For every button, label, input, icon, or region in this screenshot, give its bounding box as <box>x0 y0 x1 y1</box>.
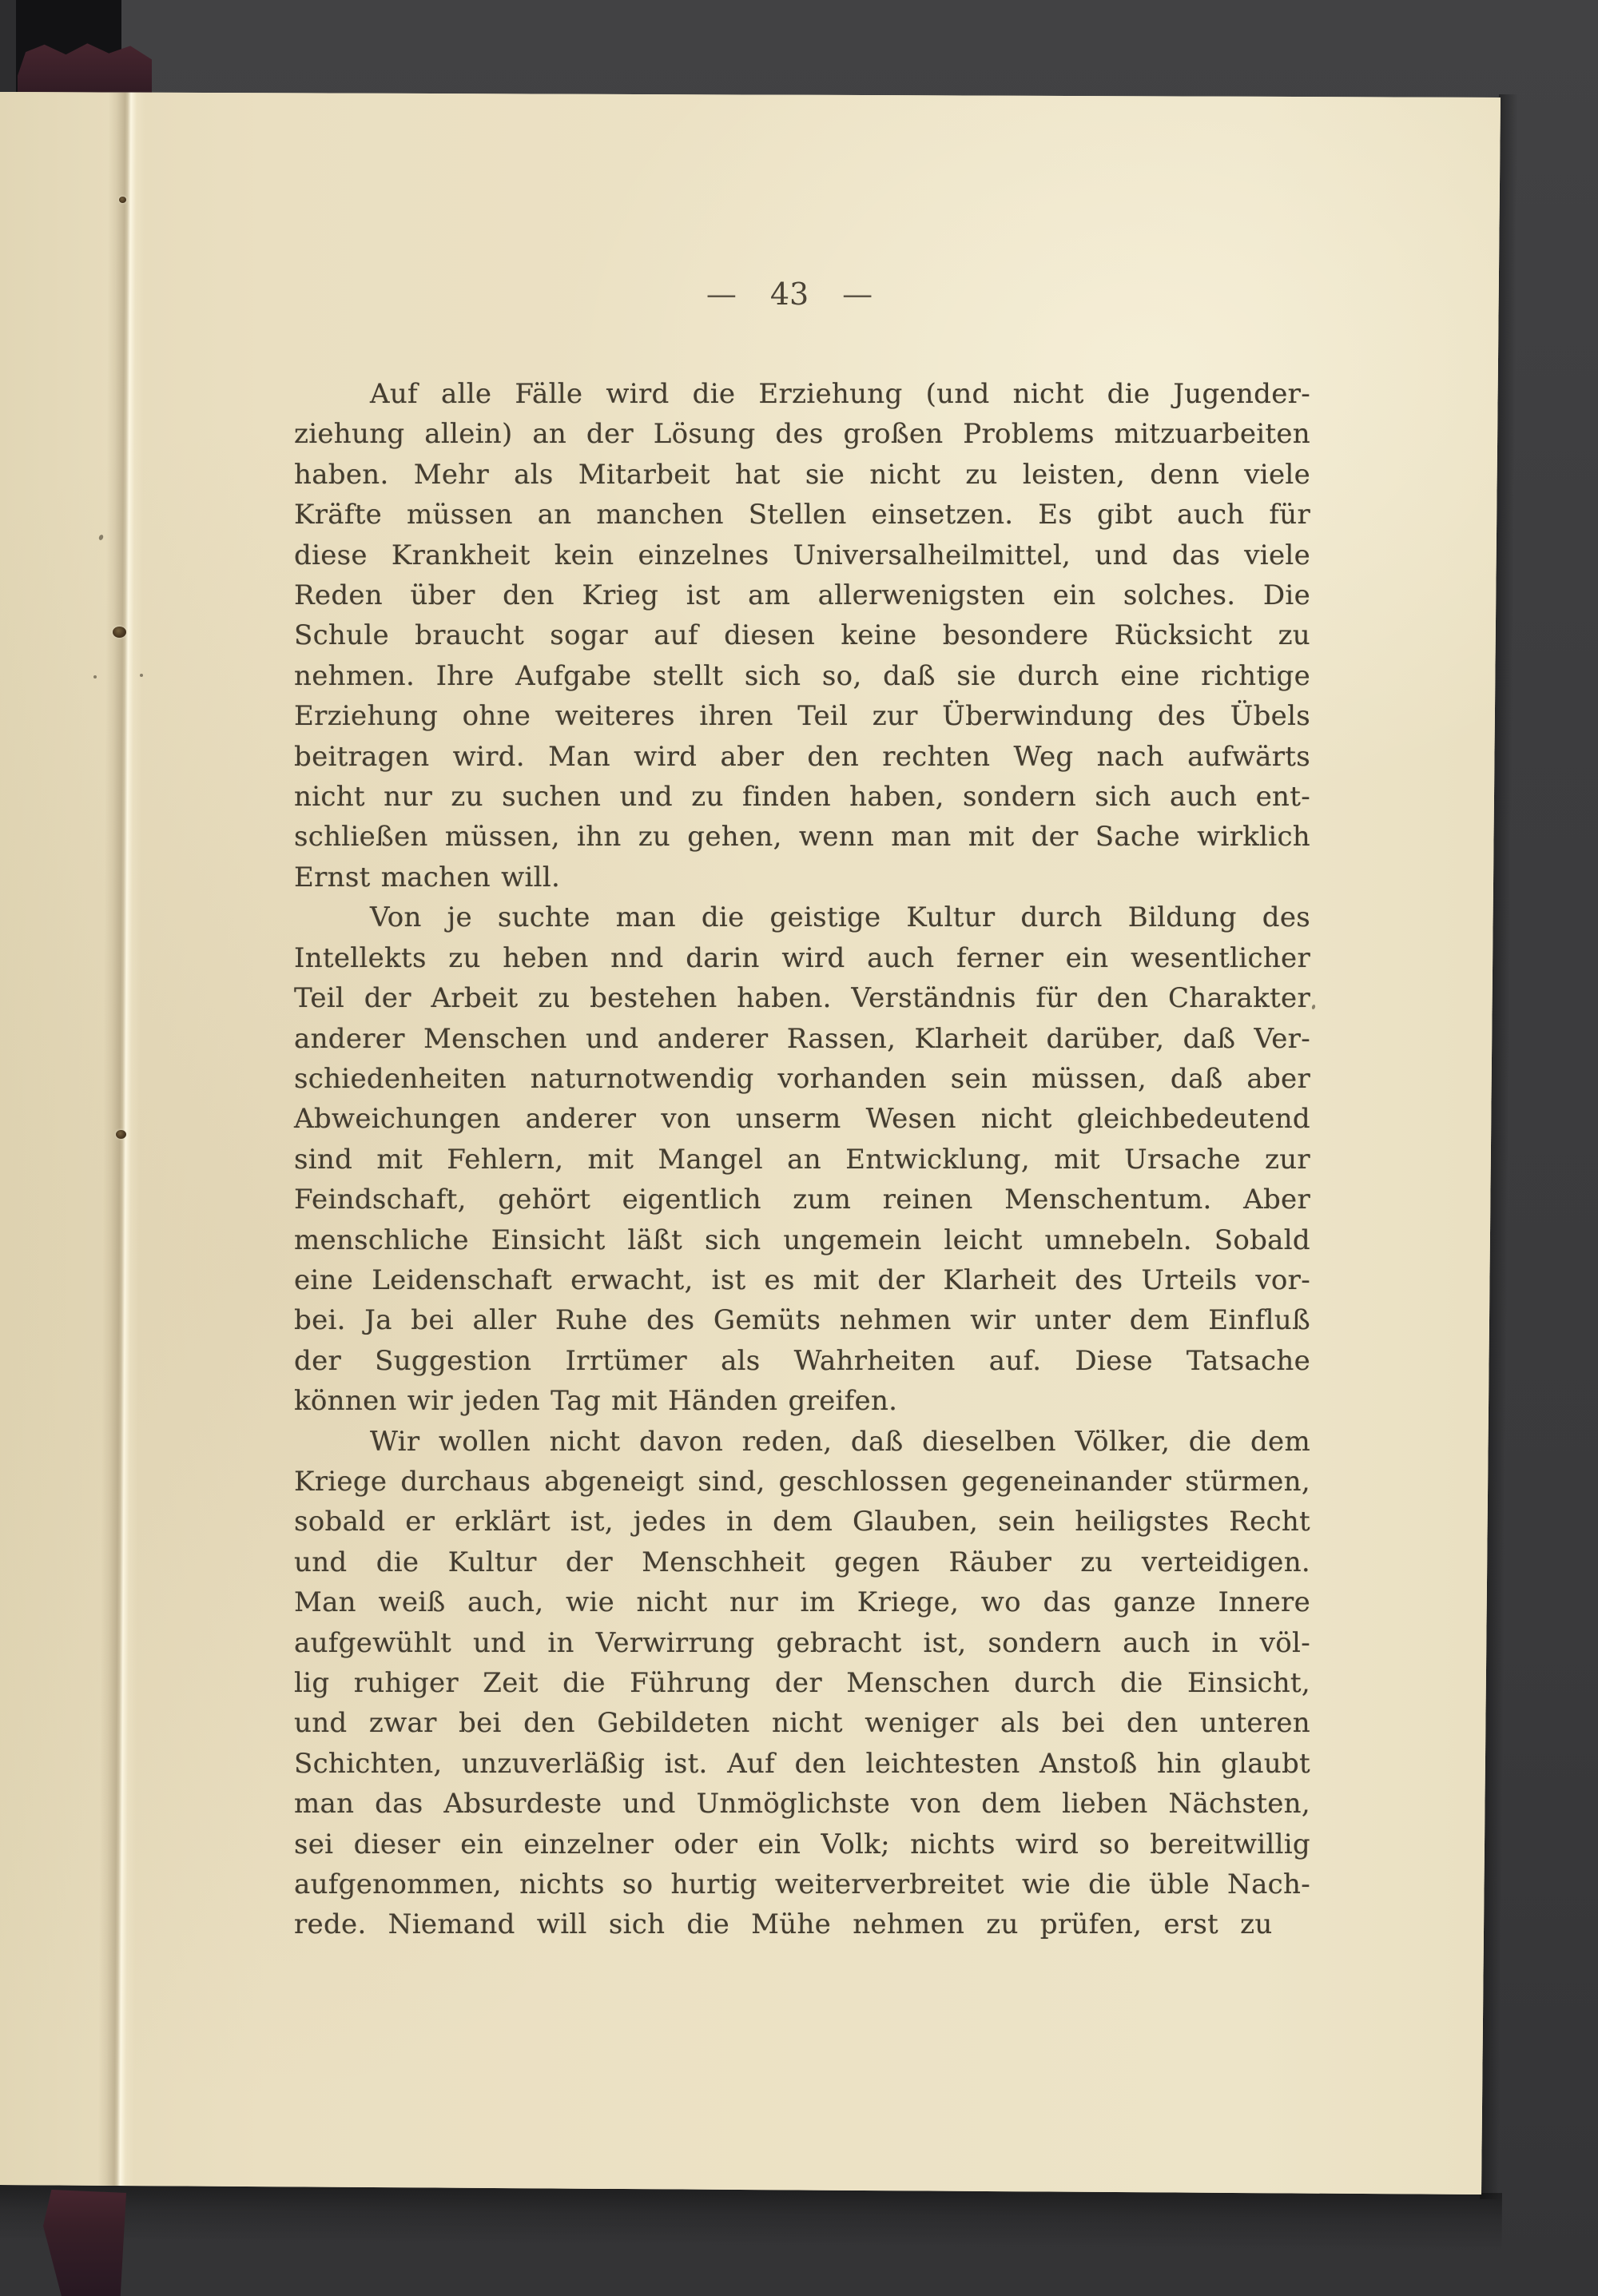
text-line: haben. Mehr als Mitarbeit hat sie nicht … <box>294 455 1310 495</box>
text-line: Reden über den Krieg ist am allerwenigst… <box>294 575 1310 615</box>
text-line: und die Kultur der Menschheit gegen Räub… <box>294 1542 1310 1582</box>
text-line: Auf alle Fälle wird die Erziehung (und n… <box>294 374 1310 414</box>
text-line: sobald er erklärt ist, jedes in dem Glau… <box>294 1502 1310 1542</box>
text-line: schiedenheiten naturnotwendig vorhanden … <box>294 1059 1310 1099</box>
text-line: diese Krankheit kein einzelnes Universal… <box>294 535 1310 575</box>
wormhole <box>119 197 126 203</box>
text-line: menschliche Einsicht läßt sich ungemein … <box>294 1220 1310 1260</box>
wormhole <box>116 1130 126 1139</box>
text-block: Auf alle Fälle wird die Erziehung (und n… <box>294 374 1310 1945</box>
text-line: Schule braucht sogar auf diesen keine be… <box>294 615 1310 655</box>
text-line: Intellekts zu heben nnd darin wird auch … <box>294 938 1310 978</box>
page-number-dash-left: — <box>706 277 737 312</box>
text-line: lig ruhiger Zeit die Führung der Mensche… <box>294 1663 1310 1703</box>
paragraph: Auf alle Fälle wird die Erziehung (und n… <box>294 374 1310 897</box>
text-line: rede. Niemand will sich die Mühe nehmen … <box>294 1904 1310 1944</box>
text-line: Teil der Arbeit zu bestehen haben. Verst… <box>294 978 1310 1018</box>
text-line: beitragen wird. Man wird aber den rechte… <box>294 737 1310 777</box>
wormhole <box>113 627 126 638</box>
scanned-book-photo: — 43 — Auf alle Fälle wird die Erziehung… <box>0 0 1598 2296</box>
text-line: ziehung allein) an der Lösung des großen… <box>294 414 1310 454</box>
text-line: Kriege durchaus abgeneigt sind, geschlos… <box>294 1462 1310 1502</box>
page-bottom-shadow <box>0 2183 1502 2252</box>
book-page: — 43 — Auf alle Fälle wird die Erziehung… <box>0 0 1598 2296</box>
text-line: Feindschaft, gehört eigentlich zum reine… <box>294 1180 1310 1220</box>
text-line: der Suggestion Irrtümer als Wahrheiten a… <box>294 1341 1310 1381</box>
text-line: anderer Menschen und anderer Rassen, Kla… <box>294 1019 1310 1059</box>
text-line: Man weiß auch, wie nicht nur im Kriege, … <box>294 1582 1310 1622</box>
text-line: aufgewühlt und in Verwirrung gebracht is… <box>294 1623 1310 1663</box>
text-line: man das Absurdeste und Unmöglichste von … <box>294 1784 1310 1824</box>
text-line: nicht nur zu suchen und zu finden haben,… <box>294 777 1310 817</box>
paragraph: Von je suchte man die geistige Kultur du… <box>294 897 1310 1421</box>
page-number-dash-right: — <box>842 277 873 312</box>
text-line: Wir wollen nicht davon reden, daß diesel… <box>294 1422 1310 1462</box>
text-line: eine Leidenschaft erwacht, ist es mit de… <box>294 1260 1310 1300</box>
text-line: Ernst machen will. <box>294 858 1310 897</box>
page-gutter-crease <box>97 88 145 2190</box>
text-line: können wir jeden Tag mit Händen greifen. <box>294 1381 1310 1421</box>
text-line: aufgenommen, nichts so hurtig weiterverb… <box>294 1864 1310 1904</box>
book-binding-maroon-top <box>18 38 152 101</box>
text-line: und zwar bei den Gebildeten nicht wenige… <box>294 1703 1310 1743</box>
text-line: schließen müssen, ihn zu gehen, wenn man… <box>294 817 1310 857</box>
background-corner-shade <box>0 0 16 102</box>
text-line: bei. Ja bei aller Ruhe des Gemüts nehmen… <box>294 1300 1310 1340</box>
paper-speck <box>98 534 104 540</box>
text-line: Erziehung ohne weiteres ihren Teil zur Ü… <box>294 696 1310 736</box>
text-line: Kräfte müssen an manchen Stellen einsetz… <box>294 495 1310 535</box>
text-line: nehmen. Ihre Aufgabe stellt sich so, daß… <box>294 656 1310 696</box>
paper-speck <box>93 675 97 678</box>
text-line: sei dieser ein einzelner oder ein Volk; … <box>294 1824 1310 1864</box>
text-line: sind mit Fehlern, mit Mangel an Entwickl… <box>294 1140 1310 1180</box>
page-number: — 43 — <box>281 277 1298 312</box>
paper-speck <box>1311 1005 1316 1010</box>
text-line: Abweichungen anderer von unserm Wesen ni… <box>294 1099 1310 1139</box>
paper-speck <box>140 674 143 677</box>
paragraph: Wir wollen nicht davon reden, daß diesel… <box>294 1422 1310 1945</box>
page-number-value: 43 <box>770 277 809 312</box>
text-line: Von je suchte man die geistige Kultur du… <box>294 897 1310 937</box>
text-line: Schichten, unzuverläßig ist. Auf den lei… <box>294 1744 1310 1784</box>
